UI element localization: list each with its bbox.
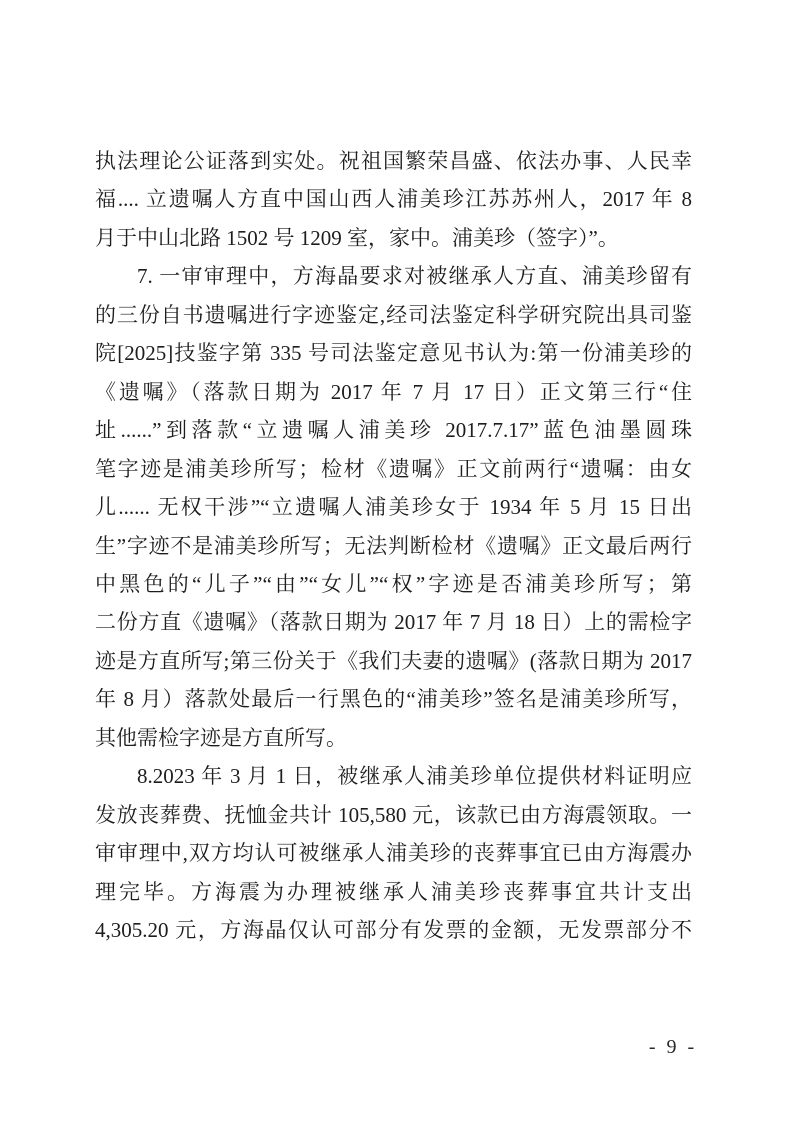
text-line: 中黑色的“儿子”“由”“女儿”“权”字迹是否浦美珍所写；第	[95, 565, 692, 603]
text-line: 年 8 月）落款处最后一行黑色的“浦美珍”签名是浦美珍所写，	[95, 680, 692, 718]
text-line: 福.... 立遗嘱人方直中国山西人浦美珍江苏苏州人，2017 年 8	[95, 180, 692, 218]
text-line: 7. 一审审理中，方海晶要求对被继承人方直、浦美珍留有	[95, 257, 692, 295]
text-line: 的三份自书遗嘱进行字迹鉴定,经司法鉴定科学研究院出具司鉴	[95, 296, 692, 334]
text-line: 4,305.20 元，方海晶仅认可部分有发票的金额，无发票部分不	[95, 911, 692, 949]
text-line: 月于中山北路 1502 号 1209 室，家中。浦美珍（签字）”。	[95, 219, 692, 257]
text-line: 院[2025]技鉴字第 335 号司法鉴定意见书认为:第一份浦美珍的	[95, 334, 692, 372]
text-line: 儿...... 无权干涉”“立遗嘱人浦美珍女于 1934 年 5 月 15 日出	[95, 488, 692, 526]
text-line: 8.2023 年 3 月 1 日，被继承人浦美珍单位提供材料证明应	[95, 757, 692, 795]
scanned-court-document-page: 执法理论公证落到实处。祝祖国繁荣昌盛、依法办事、人民幸福.... 立遗嘱人方直中…	[0, 0, 800, 1131]
text-line: 《遗嘱》（落款日期为 2017 年 7 月 17 日）正文第三行“住	[95, 373, 692, 411]
text-line: 二份方直《遗嘱》（落款日期为 2017 年 7 月 18 日）上的需检字	[95, 603, 692, 641]
text-line: 迹是方直所写;第三份关于《我们夫妻的遗嘱》(落款日期为 2017	[95, 642, 692, 680]
text-line: 址......”到落款“立遗嘱人浦美珍 2017.7.17”蓝色油墨圆珠	[95, 411, 692, 449]
text-line: 审审理中,双方均认可被继承人浦美珍的丧葬事宜已由方海震办	[95, 834, 692, 872]
page-number: - 9 -	[630, 1036, 716, 1059]
text-line: 理完毕。方海震为办理被继承人浦美珍丧葬事宜共计支出	[95, 873, 692, 911]
text-line: 其他需检字迹是方直所写。	[95, 719, 692, 757]
text-line: 执法理论公证落到实处。祝祖国繁荣昌盛、依法办事、人民幸	[95, 142, 692, 180]
text-line: 笔字迹是浦美珍所写；检材《遗嘱》正文前两行“遗嘱：由女	[95, 450, 692, 488]
document-body: 执法理论公证落到实处。祝祖国繁荣昌盛、依法办事、人民幸福.... 立遗嘱人方直中…	[95, 142, 692, 950]
text-line: 发放丧葬费、抚恤金共计 105,580 元，该款已由方海震领取。一	[95, 796, 692, 834]
text-line: 生”字迹不是浦美珍所写；无法判断检材《遗嘱》正文最后两行	[95, 527, 692, 565]
